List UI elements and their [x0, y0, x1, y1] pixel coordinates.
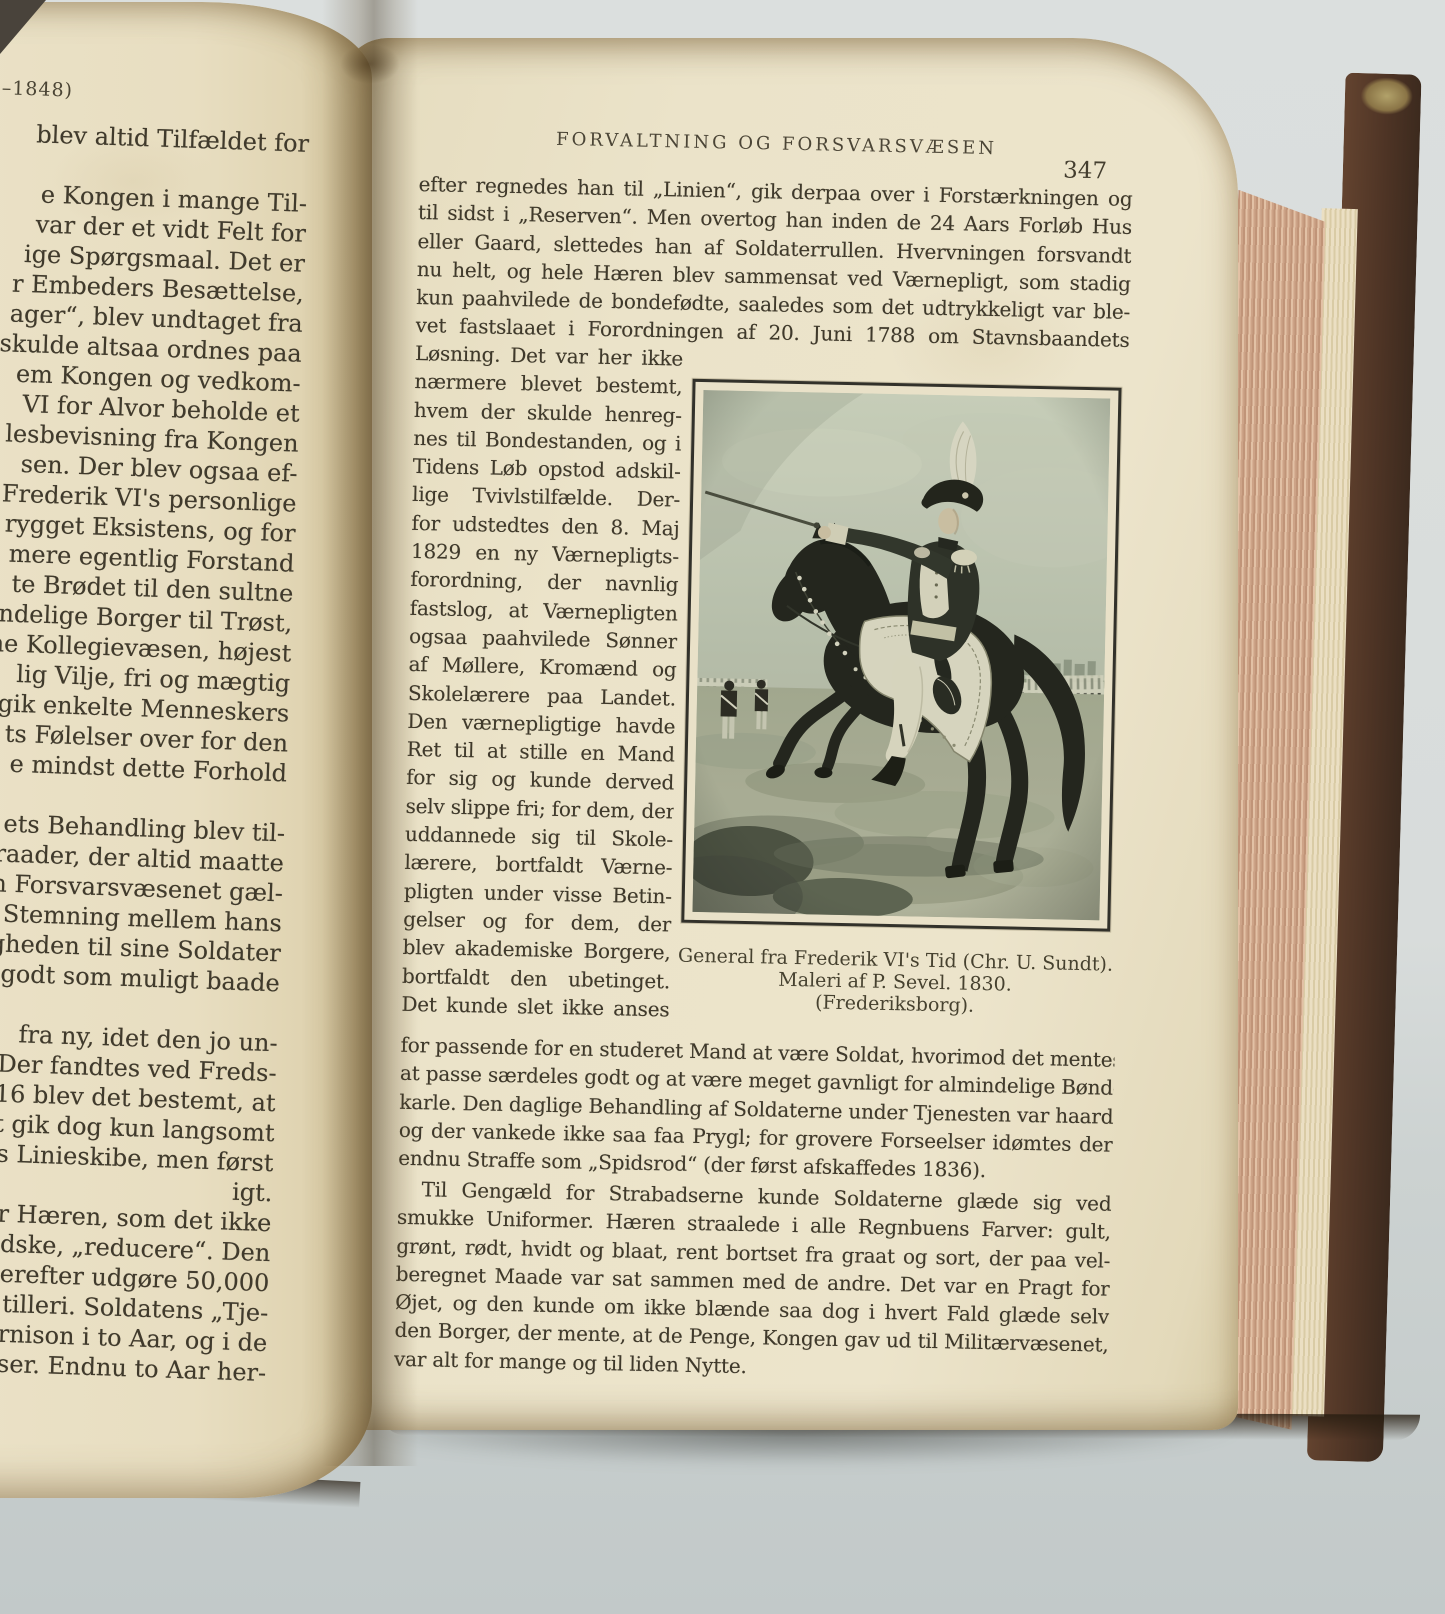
text-line: Det kunde slet ikke anses — [401, 990, 670, 1024]
photo-of-open-book: –1848) blev altid Tilfældet fore Kongen … — [0, 0, 1445, 1614]
continuation-paragraph: for passende for en studeret Mand at vær… — [398, 1031, 1115, 1187]
gutter-top-shadow — [340, 44, 400, 84]
second-paragraph: Til Gengæld for Strabadserne kunde Solda… — [394, 1175, 1112, 1388]
intro-paragraph: efter regnedes han til „Linien“, gik der… — [415, 170, 1132, 355]
figure-caption: General fra Frederik VI's Tid (Chr. U. S… — [639, 944, 1150, 1021]
painting-general-on-horseback — [692, 390, 1110, 920]
left-page-running-header: –1848) — [1, 77, 73, 101]
left-page-body: blev altid Tilfældet fore Kongen i mange… — [0, 118, 310, 1388]
book-fore-edge — [1203, 70, 1445, 1476]
figure-frame — [681, 379, 1121, 932]
column-beside-figure: Løsning. Det var her ikkenærmere blevet … — [401, 339, 683, 1024]
page-number: 347 — [1063, 157, 1107, 184]
